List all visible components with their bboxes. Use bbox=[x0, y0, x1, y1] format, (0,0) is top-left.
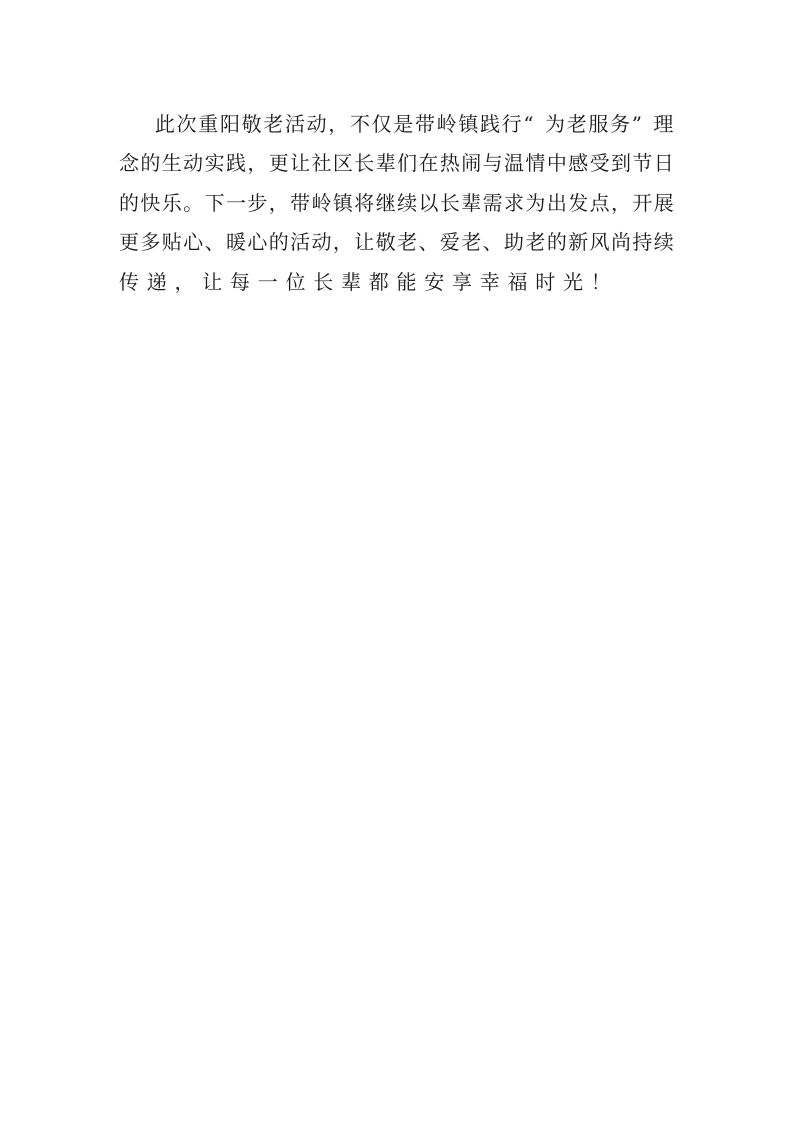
paragraph-line-5: 传递，让每一位长辈都能安享幸福时光！ bbox=[119, 262, 675, 302]
paragraph-line-1: 此次重阳敬老活动，不仅是带岭镇践行“为老服务”理 bbox=[119, 104, 675, 144]
paragraph-line-4: 更多贴心、暖心的活动，让敬老、爱老、助老的新风尚持续 bbox=[119, 223, 675, 263]
body-paragraph: 此次重阳敬老活动，不仅是带岭镇践行“为老服务”理 念的生动实践，更让社区长辈们在… bbox=[119, 104, 675, 302]
paragraph-line-3: 的快乐。下一步，带岭镇将继续以长辈需求为出发点，开展 bbox=[119, 183, 675, 223]
document-page: 此次重阳敬老活动，不仅是带岭镇践行“为老服务”理 念的生动实践，更让社区长辈们在… bbox=[0, 0, 793, 1122]
paragraph-line-2: 念的生动实践，更让社区长辈们在热闹与温情中感受到节日 bbox=[119, 144, 675, 184]
